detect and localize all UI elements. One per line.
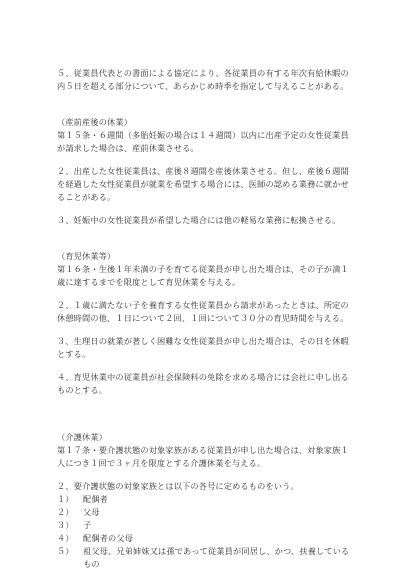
- section-maternity-leave: （産前産後の休業） 第１５条・６週間（多胎妊娠の場合は１４週間）以内に出産予定の…: [57, 116, 357, 227]
- list-text: 配偶者: [83, 493, 357, 506]
- article-17-clause-2: ２、要介護状態の対象家族とは以下の各号に定めるものをいう。: [57, 480, 357, 493]
- list-item: １） 配偶者: [57, 493, 357, 506]
- article-16-clause-3: ３、生理日の就業が著しく困難な女性従業員が申し出た場合は、その日を休暇とする。: [57, 335, 357, 361]
- document-page: ５、従業員代表との書面による協定により、各従業員の有する年次有給休暇の内５日を超…: [57, 67, 357, 558]
- list-text: 配偶者の父母: [83, 532, 357, 545]
- spacer: [57, 155, 357, 165]
- list-number: １）: [57, 493, 83, 506]
- article-15: 第１５条・６週間（多胎妊娠の場合は１４週間）以内に出産予定の女性従業員が請求した…: [57, 129, 357, 155]
- list-number: ５）: [57, 545, 83, 558]
- section-heading: （育児休業等）: [57, 250, 357, 263]
- list-item: ２） 父母: [57, 506, 357, 519]
- spacer: [57, 470, 357, 480]
- list-item: ４） 配偶者の父母: [57, 532, 357, 545]
- article-16-clause-4: ４、育児休業中の従業員が社会保険料の免除を求める場合には会社に申し出るものとする…: [57, 371, 357, 397]
- article-16-clause-2: ２、１歳に満たない子を養育する女性従業員から請求があったときは、所定の休憩時間の…: [57, 299, 357, 325]
- article-16: 第１６条・生後１年未満の子を育てる従業員が申し出た場合は、その子が満１歳に達する…: [57, 263, 357, 289]
- article-15-clause-2: ２、出産した女性従業員は、産後８週間を産後休業させる。但し、産後６週間を経過した…: [57, 165, 357, 204]
- list-item: ３） 子: [57, 519, 357, 532]
- article-15-clause-3: ３、妊娠中の女性従業員が希望した場合には他の軽易な業務に転換させる。: [57, 214, 357, 227]
- spacer: [57, 397, 357, 431]
- list-item: ５） 祖父母、兄弟姉妹又は孫であって従業員が同居し、かつ、扶養しているもの: [57, 545, 357, 558]
- spacer: [57, 361, 357, 371]
- clause-annual-leave-5: ５、従業員代表との書面による協定により、各従業員の有する年次有給休暇の内５日を超…: [57, 67, 357, 93]
- list-text: 祖父母、兄弟姉妹又は孫であって従業員が同居し、かつ、扶養しているもの: [83, 545, 357, 558]
- list-text: 父母: [83, 506, 357, 519]
- spacer: [57, 325, 357, 335]
- list-text: 子: [83, 519, 357, 532]
- spacer: [57, 204, 357, 214]
- section-heading: （介護休業）: [57, 431, 357, 444]
- list-number: ２）: [57, 506, 83, 519]
- list-number: ４）: [57, 532, 83, 545]
- section-heading: （産前産後の休業）: [57, 116, 357, 129]
- spacer: [57, 93, 357, 116]
- list-number: ３）: [57, 519, 83, 532]
- spacer: [57, 289, 357, 299]
- section-childcare-leave: （育児休業等） 第１６条・生後１年未満の子を育てる従業員が申し出た場合は、その子…: [57, 250, 357, 397]
- section-nursing-care-leave: （介護休業） 第１７条・要介護状態の対象家族がある従業員が申し出た場合は、対象家…: [57, 431, 357, 558]
- spacer: [57, 227, 357, 250]
- family-member-list: １） 配偶者 ２） 父母 ３） 子 ４） 配偶者の父母 ５） 祖父母、兄弟姉妹又…: [57, 493, 357, 558]
- article-17: 第１７条・要介護状態の対象家族がある従業員が申し出た場合は、対象家族１人につき１…: [57, 444, 357, 470]
